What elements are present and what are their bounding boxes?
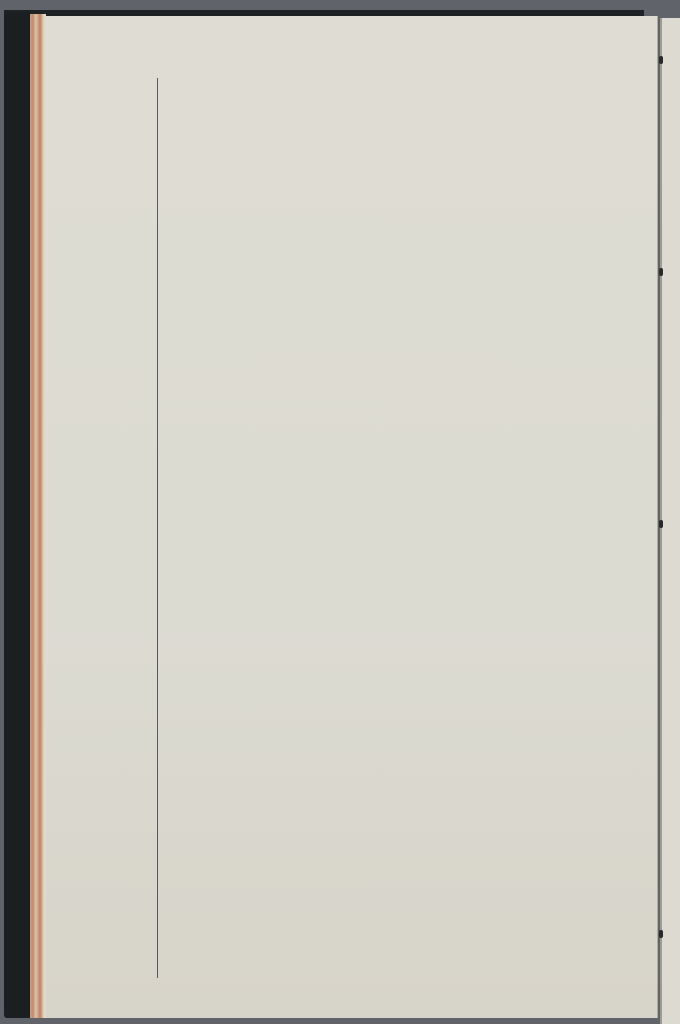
binding-stitch	[659, 520, 663, 528]
scanned-book-spread	[0, 0, 680, 1024]
binding-stitch	[659, 268, 663, 276]
chronicle-page	[46, 16, 658, 1018]
binding-stitch	[659, 930, 663, 938]
binding-stitch	[659, 56, 663, 64]
next-page-edge	[660, 18, 680, 1024]
margin-rule	[157, 78, 158, 978]
book-cover-spine	[4, 12, 30, 1018]
page-edges	[30, 14, 46, 1018]
